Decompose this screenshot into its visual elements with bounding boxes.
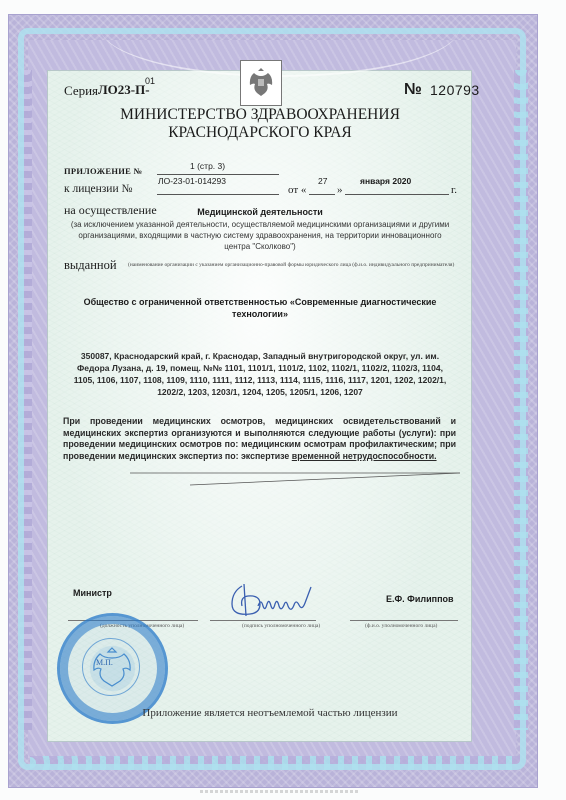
signatory-name: Е.Ф. Филиппов — [386, 594, 454, 604]
license-day: 27 — [318, 176, 327, 186]
seal-eagle-icon — [90, 644, 134, 690]
signature-line — [210, 620, 316, 621]
license-form-number: 120793 — [430, 82, 480, 98]
appendix-footer-note: Приложение является неотъемлемой частью … — [60, 707, 480, 719]
services-description: При проведении медицинских осмотров, мед… — [63, 416, 456, 462]
organization-name: Общество с ограниченной ответственностью… — [70, 296, 450, 320]
issued-note: (наименование организации с указанием ор… — [64, 260, 464, 270]
license-number: ЛО-23-01-014293 — [158, 176, 226, 186]
double-headed-eagle-icon — [246, 65, 276, 101]
organization-address: 350087, Краснодарский край, г. Краснодар… — [70, 350, 450, 398]
ministry-title: МИНИСТЕРСТВО ЗДРАВООХРАНЕНИЯ КРАСНОДАРСК… — [60, 106, 460, 142]
year-suffix: г. — [451, 184, 457, 196]
coat-of-arms-emblem — [240, 60, 282, 106]
license-month-year: января 2020 — [360, 176, 411, 186]
appendix-label: ПРИЛОЖЕНИЕ № — [64, 166, 142, 176]
day-line — [309, 194, 335, 195]
z-strike-line — [130, 470, 460, 490]
appendix-line — [157, 174, 279, 175]
from-close: » — [337, 184, 343, 196]
series-value: ЛО23-П- — [98, 82, 150, 98]
printer-imprint — [200, 790, 360, 793]
series-label: Серия — [64, 83, 98, 99]
activity-note: (за исключением указанной деятельности, … — [70, 219, 450, 252]
signatory-role: Министр — [73, 588, 112, 598]
number-sign: № — [404, 81, 422, 99]
ministry-title-line1: МИНИСТЕРСТВО ЗДРАВООХРАНЕНИЯ — [60, 106, 460, 124]
name-caption: (ф.и.о. уполномоченного лица) — [365, 623, 437, 629]
month-year-line — [345, 194, 449, 195]
appendix-value: 1 (стр. 3) — [190, 161, 225, 171]
license-number-line — [157, 194, 279, 195]
handwritten-signature — [228, 582, 324, 622]
series-suffix: 01 — [145, 76, 155, 86]
services-underlined-tail: временной нетрудоспособности. — [292, 451, 437, 461]
license-label: к лицензии № — [64, 183, 132, 195]
activity-title: Медицинской деятельности — [60, 207, 460, 217]
from-label: от « — [288, 184, 306, 196]
ministry-title-line2: КРАСНОДАРСКОГО КРАЯ — [60, 124, 460, 142]
signature-caption: (подпись уполномоченного лица) — [242, 623, 320, 629]
name-line — [350, 620, 458, 621]
seal-mp-text: М.П. — [96, 658, 113, 667]
issued-label: выданной — [64, 258, 117, 273]
